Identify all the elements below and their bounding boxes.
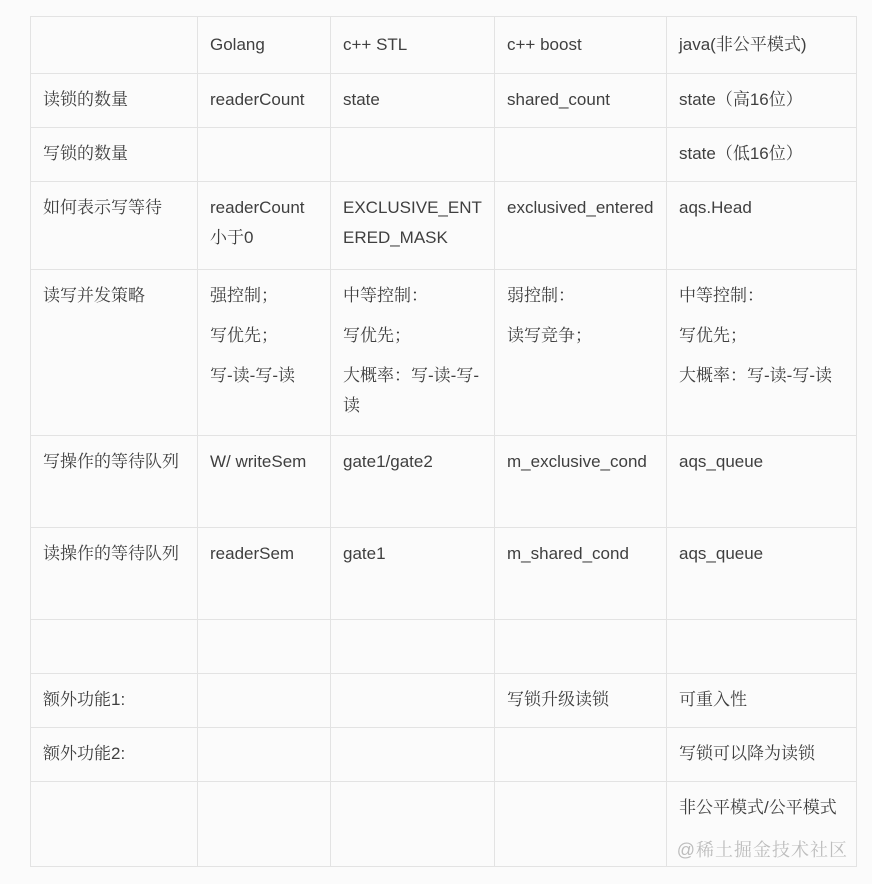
table-cell: state（高16位）: [667, 74, 857, 128]
table-row: 读写并发策略 强控制；写优先；写-读-写-读 中等控制：写优先；大概率：写-读-…: [31, 270, 857, 436]
table-row: 如何表示写等待 readerCount小于0 EXCLUSIVE_ENTERED…: [31, 182, 857, 270]
column-header-cpp-stl: c++ STL: [331, 17, 495, 74]
table-row: [31, 620, 857, 674]
row-label: 读写并发策略: [31, 270, 198, 436]
table-cell: 强控制；写优先；写-读-写-读: [198, 270, 331, 436]
column-header-cpp-boost: c++ boost: [495, 17, 667, 74]
row-label: 如何表示写等待: [31, 182, 198, 270]
table-cell: readerSem: [198, 528, 331, 620]
table-cell: state: [331, 74, 495, 128]
table-row: 写操作的等待队列 W/ writeSem gate1/gate2 m_exclu…: [31, 436, 857, 528]
table-cell: [198, 782, 331, 867]
row-label: 写锁的数量: [31, 128, 198, 182]
table-cell: [495, 728, 667, 782]
table-cell: W/ writeSem: [198, 436, 331, 528]
table-cell: [495, 128, 667, 182]
table-cell: [331, 128, 495, 182]
table-row: 读操作的等待队列 readerSem gate1 m_shared_cond a…: [31, 528, 857, 620]
table-row: 额外功能2: 写锁可以降为读锁: [31, 728, 857, 782]
watermark: @稀土掘金技术社区: [677, 836, 848, 862]
table-container: Golang c++ STL c++ boost java(非公平模式) 读锁的…: [30, 16, 857, 867]
table-cell: [667, 620, 857, 674]
table-cell: readerCount小于0: [198, 182, 331, 270]
row-label: 额外功能1:: [31, 674, 198, 728]
table-cell: shared_count: [495, 74, 667, 128]
comparison-table: Golang c++ STL c++ boost java(非公平模式) 读锁的…: [30, 16, 857, 867]
column-header-java: java(非公平模式): [667, 17, 857, 74]
table-cell: aqs.Head: [667, 182, 857, 270]
row-label: [31, 782, 198, 867]
table-cell: 中等控制：写优先；大概率：写-读-写-读: [667, 270, 857, 436]
table-row: 写锁的数量 state（低16位）: [31, 128, 857, 182]
table-cell: 中等控制：写优先；大概率：写-读-写-读: [331, 270, 495, 436]
table-cell: [495, 782, 667, 867]
table-row: 额外功能1: 写锁升级读锁 可重入性: [31, 674, 857, 728]
table-cell: [198, 674, 331, 728]
page: Golang c++ STL c++ boost java(非公平模式) 读锁的…: [0, 0, 872, 884]
table-cell: m_shared_cond: [495, 528, 667, 620]
table-cell: [331, 782, 495, 867]
header-row: Golang c++ STL c++ boost java(非公平模式): [31, 17, 857, 74]
table-cell: 写锁可以降为读锁: [667, 728, 857, 782]
table-cell: 写锁升级读锁: [495, 674, 667, 728]
table-cell: EXCLUSIVE_ENTERED_MASK: [331, 182, 495, 270]
table-row: 读锁的数量 readerCount state shared_count sta…: [31, 74, 857, 128]
row-label: 读操作的等待队列: [31, 528, 198, 620]
table-cell: [198, 128, 331, 182]
row-label: 额外功能2:: [31, 728, 198, 782]
table-cell: [198, 620, 331, 674]
table-cell: [331, 674, 495, 728]
column-header-golang: Golang: [198, 17, 331, 74]
table-cell: [331, 620, 495, 674]
table-cell: gate1/gate2: [331, 436, 495, 528]
table-cell: 弱控制：读写竞争；: [495, 270, 667, 436]
row-label: 读锁的数量: [31, 74, 198, 128]
table-cell: aqs_queue: [667, 436, 857, 528]
table-cell: [198, 728, 331, 782]
table-cell: exclusived_entered: [495, 182, 667, 270]
table-cell: 可重入性: [667, 674, 857, 728]
table-cell: [331, 728, 495, 782]
table-cell: gate1: [331, 528, 495, 620]
table-cell: state（低16位）: [667, 128, 857, 182]
table-cell: aqs_queue: [667, 528, 857, 620]
table-cell: m_exclusive_cond: [495, 436, 667, 528]
table-cell: [495, 620, 667, 674]
row-label: 写操作的等待队列: [31, 436, 198, 528]
column-header-blank: [31, 17, 198, 74]
table-cell: readerCount: [198, 74, 331, 128]
row-label: [31, 620, 198, 674]
